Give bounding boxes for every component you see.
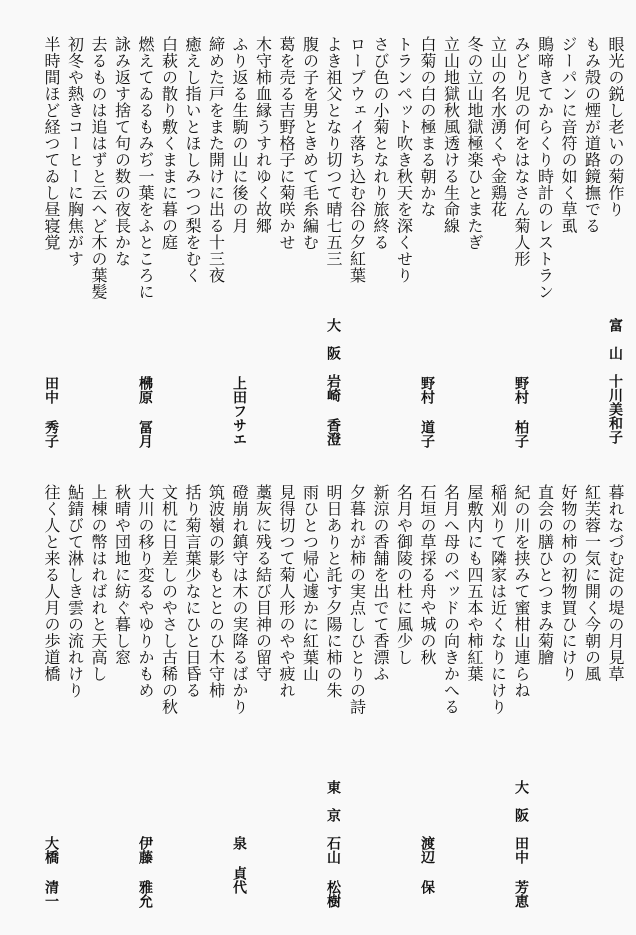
verse-column: トランペット吹き秋天を深くせり [393,36,415,284]
verse-column: 直会の膳ひとつまみ菊膾 [534,484,556,666]
author-name: 梻原 冨月 [134,376,156,448]
verse-column: 往く人と来る人月の歩道橋 [40,484,62,682]
author-credit: 大橋 清一 [40,836,62,908]
verse-column: 腹の子を男ときめて毛糸編む [299,36,321,251]
verse-column: ジーパンに音符の如く草虱 [557,36,579,234]
verse-column: 立山の名水湧くや金鶏花 [487,36,509,218]
verse-column: 稲刈りて隣家は近くなりにけり [487,484,509,715]
verse-column: 燃えてゐるもみぢ一葉をふところに [134,36,156,300]
verse-column: 初冬や熱きコーヒーに胸焦がす [64,36,86,267]
author-name: 渡辺 保 [416,836,438,894]
author-credit: 渡辺 保 [416,836,438,894]
author-place: 大阪 [322,318,344,374]
author-name: 泉 貞代 [228,836,250,894]
verse-column: 癒えし指いとほしみつつ梨をむく [181,36,203,284]
verse-column: 磴崩れ鎮守は木の実降るばかり [228,484,250,715]
top-verse-block: 眼光の鋭し老いの菊作りもみ殻の煙が道路鏡撫でるジーパンに音符の如く草虱鵙啼きてか… [0,36,636,456]
author-name: 伊藤 雅允 [134,836,156,908]
verse-column: 葛を売る吉野格子に菊咲かせ [275,36,297,251]
verse-column: 紀の川を挟みて蜜柑山連らね [510,484,532,699]
author-name: 上田フサエ [228,376,250,446]
verse-column: 石垣の草採る舟や城の秋 [416,484,438,666]
author-name: 石山 松樹 [322,836,344,908]
verse-column: 括り菊言葉少なにひと日昏る [181,484,203,699]
verse-column: 見得切つて菊人形のやや疲れ [275,484,297,699]
verse-column: 明日ありと託す夕陽に柿の朱 [322,484,344,699]
verse-column: 締めた戸をまた開けに出る十三夜 [205,36,227,284]
verse-column: 夕暮れが柿の実点しひとりの詩 [346,484,368,715]
author-name: 十川美和子 [604,374,626,444]
verse-column: 雨ひとつ帰心遽かに紅葉山 [299,484,321,682]
author-credit: 大阪田中 芳恵 [510,780,532,908]
verse-column: さび色の小菊となれり旅終る [369,36,391,251]
verse-column: 新涼の香舗を出でて香漂ふ [369,484,391,682]
author-credit: 野村 柏子 [510,376,532,448]
bottom-verse-block: 暮れなづむ淀の堤の月見草紅芙蓉一気に開く今朝の風好物の柿の初物買ひにけり直会の膳… [0,484,636,924]
author-credit: 東京石山 松樹 [322,780,344,908]
verse-column: 屋敷内にも四五本や柿紅葉 [463,484,485,682]
verse-column: 冬の立山地獄極楽ひとまたぎ [463,36,485,251]
verse-column: 藁灰に残る結び目神の留守 [252,484,274,682]
verse-column: 好物の柿の初物買ひにけり [557,484,579,682]
verse-column: 鮎錆びて淋しき雲の流れけり [64,484,86,699]
author-credit: 富山十川美和子 [604,318,626,444]
verse-column: ふり返る生駒の山に後の月 [228,36,250,234]
verse-column: 半時間ほど経つてゐし昼寝覚 [40,36,62,251]
author-credit: 田中 秀子 [40,376,62,448]
verse-column: 白萩の散り敷くままに暮の庭 [158,36,180,251]
author-name: 野村 柏子 [510,376,532,448]
author-place: 東京 [322,780,344,836]
verse-column: 秋晴や団地に紡ぐ暮し窓 [111,484,133,666]
verse-column: 白菊の白の極まる朝かな [416,36,438,218]
author-name: 野村 道子 [416,376,438,448]
verse-column: 鵙啼きてからくり時計のレストラン [534,36,556,300]
verse-column: 上棟の幣はればれと天高し [87,484,109,682]
author-credit: 伊藤 雅允 [134,836,156,908]
verse-column: 文机に日差しのやさし古稀の秋 [158,484,180,715]
verse-column: よき祖父となり切つて晴七五三 [322,36,344,267]
author-place: 富山 [604,318,626,374]
verse-column: 立山地獄秋風透ける生命線 [440,36,462,234]
author-credit: 泉 貞代 [228,836,250,894]
author-name: 田中 秀子 [40,376,62,448]
author-name: 岩崎 香澄 [322,374,344,446]
author-credit: 野村 道子 [416,376,438,448]
verse-column: 筑波嶺の影もととのひ木守柿 [205,484,227,699]
verse-column: 木守柿血縁うすれゆく故郷 [252,36,274,234]
verse-column: 去るものは追はずと云へど木の葉髪 [87,36,109,300]
author-credit: 大阪岩崎 香澄 [322,318,344,446]
author-name: 大橋 清一 [40,836,62,908]
verse-column: 暮れなづむ淀の堤の月見草 [604,484,626,682]
verse-column: みどり児の何をはなさん菊人形 [510,36,532,267]
author-place: 大阪 [510,780,532,836]
author-credit: 上田フサエ [228,376,250,446]
verse-column: 眼光の鋭し老いの菊作り [604,36,626,218]
verse-column: 名月へ母のベッドの向きかへる [440,484,462,715]
verse-column: 紅芙蓉一気に開く今朝の風 [581,484,603,682]
verse-column: もみ殻の煙が道路鏡撫でる [581,36,603,234]
author-name: 田中 芳恵 [510,836,532,908]
author-credit: 梻原 冨月 [134,376,156,448]
verse-column: 詠み返す捨て句の数の夜長かな [111,36,133,267]
verse-column: 大川の移り変るやゆりかもめ [134,484,156,699]
verse-column: 名月や御陵の杜に風少し [393,484,415,666]
verse-column: ロープウェイ落ち込む谷の夕紅葉 [346,36,368,284]
